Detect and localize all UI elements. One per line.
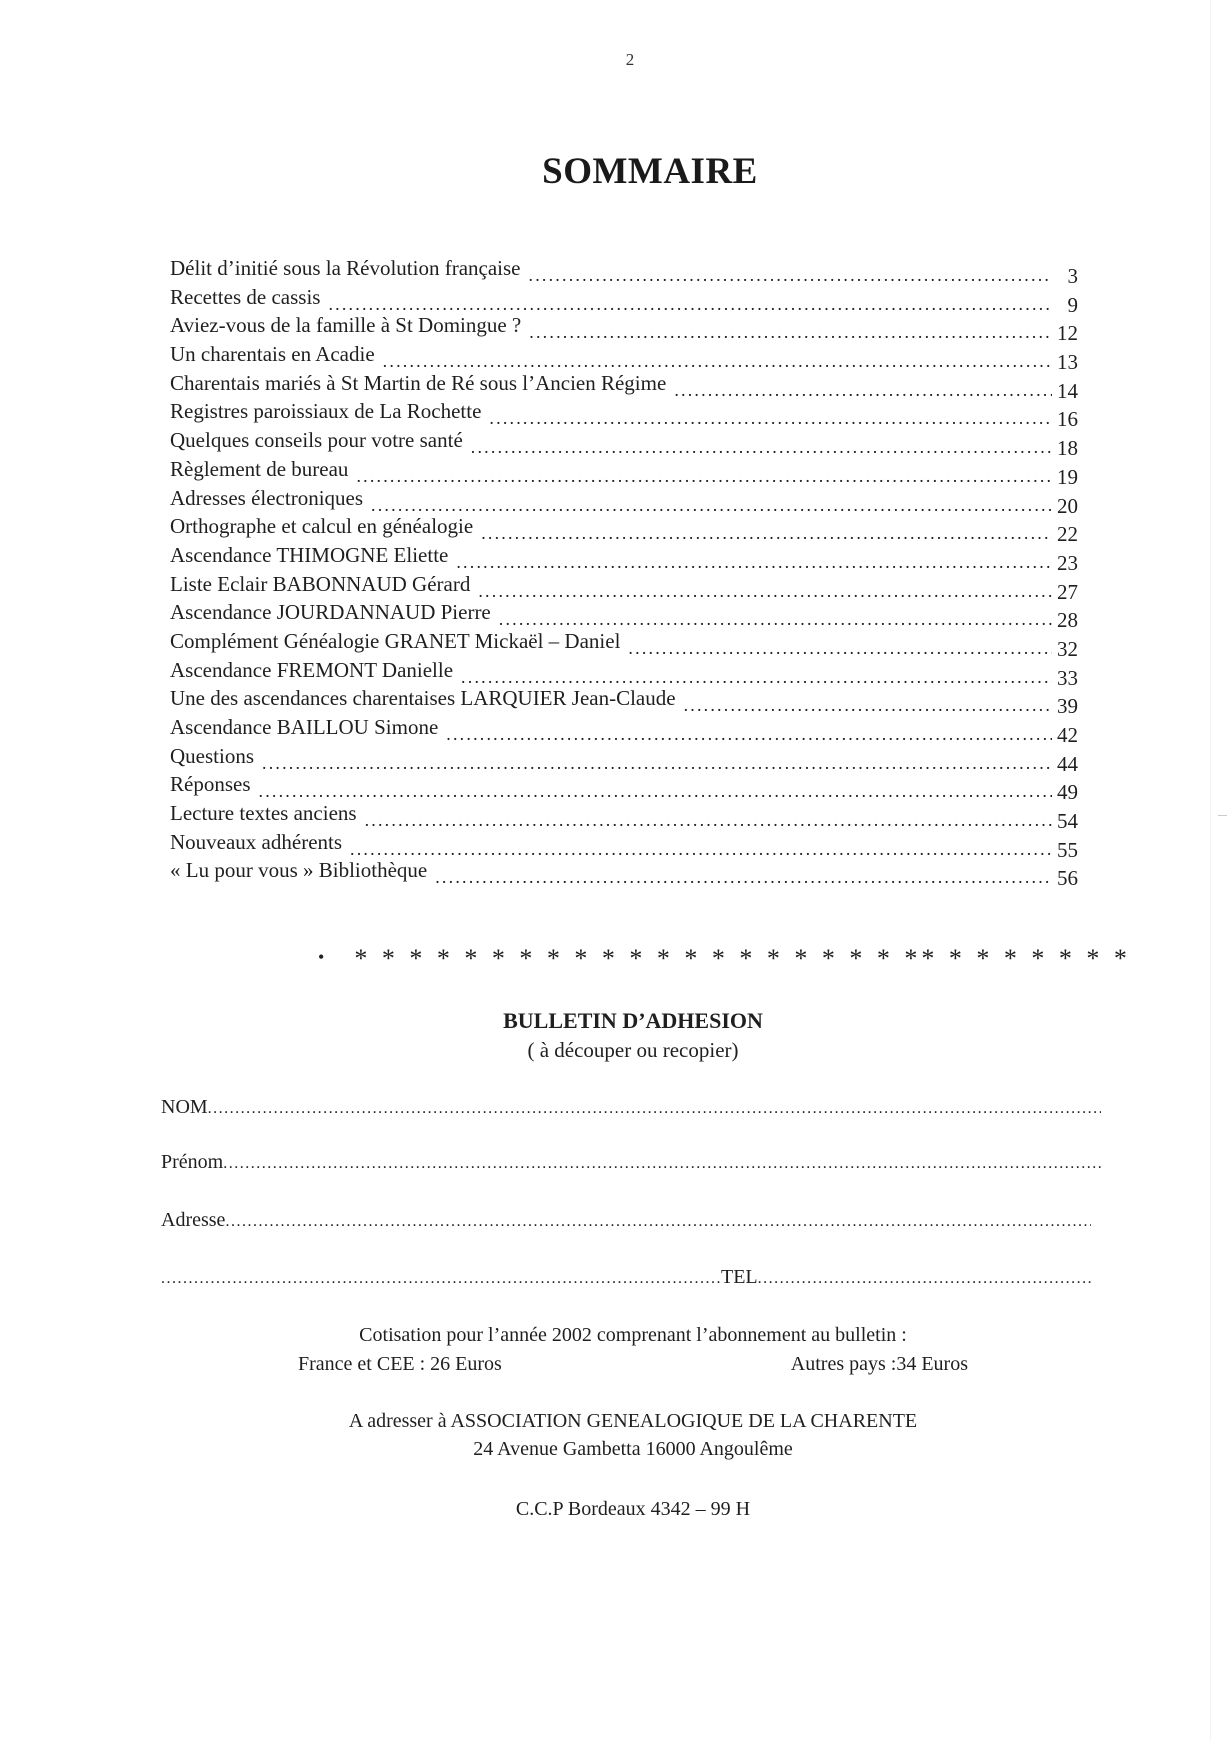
page-number: 2 [0,50,1227,70]
toc-dot-leader [684,691,1052,720]
toc-dot-leader [446,720,1052,749]
cotisation-text: Cotisation pour l’année 2002 comprenant … [0,1324,1227,1347]
toc-entry-page: 3 [1052,262,1078,291]
toc-entry-page: 18 [1052,434,1078,463]
toc-entry-title: Réponses [170,770,259,799]
adresse-fill-line[interactable] [225,1213,1091,1231]
toc-dot-leader [383,347,1052,376]
toc-entry-page: 28 [1052,606,1078,635]
toc-entry-page: 19 [1052,463,1078,492]
toc-dot-leader [350,835,1052,864]
price-france: France et CEE : 26 Euros [298,1353,502,1376]
prenom-fill-line[interactable] [223,1155,1101,1173]
price-other: Autres pays :34 Euros [791,1353,968,1376]
toc-entry-title: Quelques conseils pour votre santé [170,426,471,455]
toc-dot-leader [356,462,1052,491]
toc-entry-page: 9 [1052,291,1078,320]
toc-entry-page: 20 [1052,492,1078,521]
adresse-label: Adresse [161,1209,225,1232]
separator-stars: •* * * * * * * * * * * * * * * * * * * *… [318,944,1131,974]
bullet-icon: • [318,947,328,967]
toc-entry-page: 23 [1052,549,1078,578]
adresse-field[interactable]: Adresse [161,1209,1091,1232]
toc-entry-page: 56 [1052,864,1078,893]
bulletin-subtitle: ( à découper ou recopier) [0,1038,1227,1063]
toc-entry-page: 16 [1052,405,1078,434]
toc-dot-leader [529,318,1052,347]
toc-dot-leader [471,433,1052,462]
toc-entry-title: Délit d’initié sous la Révolution frança… [170,254,529,283]
toc-dot-leader [461,663,1052,692]
toc-entry-page: 42 [1052,721,1078,750]
toc-entry-page: 49 [1052,778,1078,807]
toc-dot-leader [481,519,1052,548]
toc-entry-page: 32 [1052,635,1078,664]
nom-field[interactable]: NOM [161,1096,1101,1119]
toc-entry-page: 12 [1052,319,1078,348]
toc-entry-title: Registres paroissiaux de La Rochette [170,397,489,426]
toc-dot-leader [435,863,1052,892]
table-of-contents: Délit d’initié sous la Révolution frança… [170,254,1078,885]
toc-entry-title: Nouveaux adhérents [170,828,350,857]
toc-dot-leader [674,376,1052,405]
stars-row: * * * * * * * * * * * * * * * * * * * * … [354,944,1131,973]
toc-entry-title: Ascendance JOURDANNAUD Pierre [170,598,499,627]
tel-label: TEL [721,1266,758,1289]
toc-entry-page: 54 [1052,807,1078,836]
bulletin-title: BULLETIN D’ADHESION [0,1008,1227,1034]
toc-entry-title: Recettes de cassis [170,283,328,312]
toc-entry-title: Ascendance THIMOGNE Eliette [170,541,456,570]
toc-entry-page: 33 [1052,664,1078,693]
nom-label: NOM [161,1096,208,1119]
toc-dot-leader [328,290,1052,319]
toc-entry[interactable]: Délit d’initié sous la Révolution frança… [170,254,1078,283]
margin-mark [1218,815,1227,816]
toc-entry-title: Ascendance FREMONT Danielle [170,656,461,685]
toc-dot-leader [262,749,1052,778]
toc-entry-page: 14 [1052,377,1078,406]
toc-entry-page: 39 [1052,692,1078,721]
toc-entry-title: Questions [170,742,262,771]
toc-entry-page: 44 [1052,750,1078,779]
toc-entry-title: Liste Eclair BABONNAUD Gérard [170,570,478,599]
toc-entry-page: 13 [1052,348,1078,377]
address-street: 24 Avenue Gambetta 16000 Angoulême [0,1438,1227,1461]
toc-dot-leader [478,577,1052,606]
toc-dot-leader [456,548,1052,577]
toc-entry-page: 22 [1052,520,1078,549]
toc-dot-leader [489,404,1052,433]
toc-entry-title: Un charentais en Acadie [170,340,383,369]
page-title: SOMMAIRE [0,150,1227,193]
prices: France et CEE : 26 Euros Autres pays :34… [298,1353,968,1376]
toc-entry-page: 55 [1052,836,1078,865]
toc-entry-title: Adresses électroniques [170,484,371,513]
toc-entry-page: 27 [1052,578,1078,607]
toc-dot-leader [499,605,1052,634]
toc-dot-leader [371,491,1052,520]
prenom-label: Prénom [161,1151,223,1174]
tel-fill-line[interactable] [758,1270,1091,1288]
toc-entry-title: Ascendance BAILLOU Simone [170,713,446,742]
ccp-number: C.C.P Bordeaux 4342 – 99 H [0,1498,1227,1521]
prenom-field[interactable]: Prénom [161,1151,1101,1174]
toc-dot-leader [259,777,1053,806]
nom-fill-line[interactable] [208,1100,1101,1118]
address-recipient: A adresser à ASSOCIATION GENEALOGIQUE DE… [0,1410,1227,1433]
page-edge-line [1210,0,1211,1741]
toc-dot-leader [628,634,1052,663]
toc-entry-title: Règlement de bureau [170,455,356,484]
toc-dot-leader [529,261,1053,290]
adresse-continued-fill-line[interactable] [161,1270,721,1288]
toc-dot-leader [365,806,1052,835]
tel-field[interactable]: TEL [161,1266,1091,1289]
